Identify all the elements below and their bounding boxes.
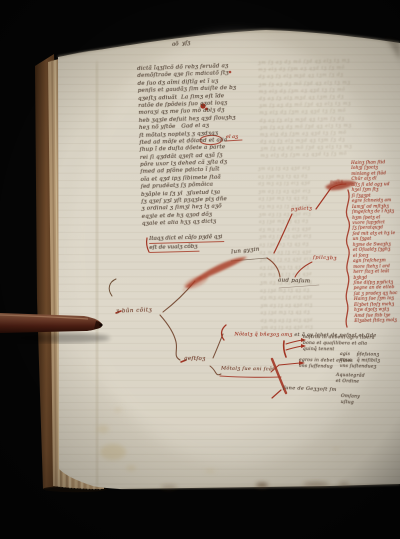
tree-cluster-rows: noſtros in debent agro liberabona et qua… xyxy=(303,335,375,354)
manuscript-photo: ʒm ſʒ aʒ dʒ mõ ſʒd qʒ elʒ tʒ mʒmʒ elʒ dʒ… xyxy=(0,0,400,539)
main-text-block: dictã ĩqʒſicõ dõ rebʒ ſeruãd aʒdemõſtraõ… xyxy=(137,62,264,228)
tree-bottom-block: Omſanyuſtug xyxy=(341,394,360,407)
closing-line: eſt de vualʒ cõbʒ xyxy=(149,243,199,253)
margin-list-line: Elʒabet ſtilcʒ molʒ xyxy=(354,318,398,324)
bleed-through-lower: ʒm dʒ ſʒ aʒ qʒd elʒaʒ ſʒd mʒ tʒ qʒ dʒdʒ … xyxy=(258,164,347,333)
tree-node-bun-comitis: ʒ bũn cõitʒ xyxy=(116,307,152,314)
tree-node-spilcinus: ſpilcʒbʒ xyxy=(313,255,337,262)
tree-annotation-red-part: Nõtalʒ q̃ bñeʒoʒ omʒ xyxy=(234,331,294,338)
tree-pair-line: vns ſuſtendueʒ xyxy=(340,364,380,371)
tree-node-pasta: paſtʒ xyxy=(330,179,343,185)
tree-pair-rows: agis p̃feſsionʒaqua q̃ miſibilʒvns ſuſte… xyxy=(340,352,381,371)
tree-bottom-line: uſtug xyxy=(341,400,360,407)
tree-node-natalis-fine: Mõtalʒ ſue ani ſcãt xyxy=(221,366,275,373)
bleed-through-upper: ʒm ſʒ aʒ dʒ mõ ſʒd qʒ elʒ tʒ mʒmʒ elʒ dʒ… xyxy=(258,56,397,160)
margin-list: Hainʒ ſhan ſtidIohʒſ ſʒoctʒminlang et ſt… xyxy=(351,160,398,324)
tree-node-predicti: pʒdictʒ xyxy=(291,205,313,212)
tree-aqua-block: Aquategrãdet Ordine xyxy=(336,373,365,386)
closing-lines-block: Itaqʒ dict el cãſo pʒdẽ qʒieſt de vualʒ … xyxy=(149,233,225,253)
tree-node-aud-pasum: aud paſum xyxy=(278,277,311,284)
tree-node-generatio: geſtſoʒ xyxy=(184,356,206,362)
tree-aqua-line: et Ordine xyxy=(336,379,365,386)
red-note-after-circle: el aʒ xyxy=(226,134,238,140)
